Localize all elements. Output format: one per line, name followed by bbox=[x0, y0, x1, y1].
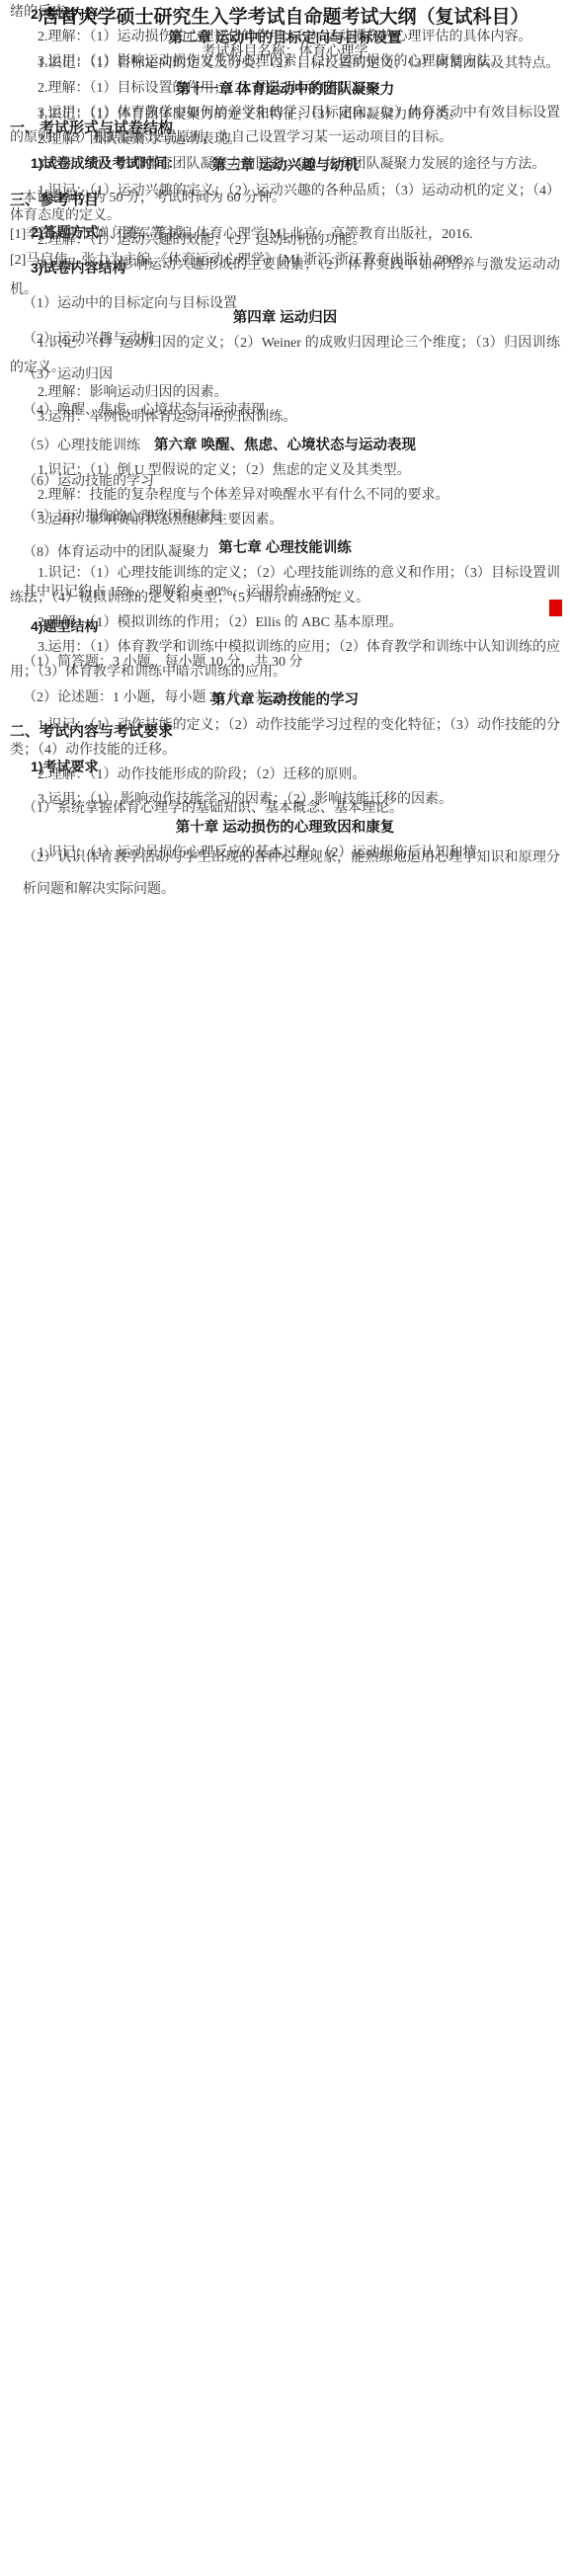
chapter-paragraph: 3.运用：（1）影响体育团队凝聚力的因素；（2）体育团队凝聚力发展的途径与方法。 bbox=[10, 152, 560, 177]
chapter-paragraph: 3.运用：（1） 影响动作技能学习的因素；（2）影响技能迁移的因素。 bbox=[10, 787, 560, 812]
chapter-paragraph: 3.运用：（1）影响运动损伤发生的心理因素；（2）运动损伤的心理康复方法。 bbox=[10, 49, 560, 74]
chapter-title: 第四章 运动归因 bbox=[10, 306, 560, 331]
red-marker bbox=[549, 600, 562, 616]
page3-chapters: 绪的反应。2.理解：（1）运动损伤的心理评估的作用；（2）运动损伤的心理评估的具… bbox=[10, 0, 560, 177]
reference-item: [2]马启伟、张力为主编.《体育运动心理学》[M].浙江:浙江教育出版社,200… bbox=[10, 248, 560, 274]
references-list: [1]季浏、殷恒婵、颜军等主编.体育心理学[M].北京：高等教育出版社，2016… bbox=[10, 222, 560, 274]
chapter-title: 第六章 唤醒、焦虑、心境状态与运动表现 bbox=[10, 434, 560, 458]
chapter-paragraph: 2.理解：技能的复杂程度与个体差异对唤醒水平有什么不同的要求。 bbox=[10, 483, 560, 508]
chapter-paragraph: 2.理解：团队凝聚力与运动表现。 bbox=[10, 127, 560, 152]
chapter-title: 第十一章 体育运动中的团队凝聚力 bbox=[10, 78, 560, 103]
chapter-paragraph: 2.理解：影响运动归因的因素。 bbox=[10, 380, 560, 405]
chapter-paragraph: 2.理解：（1）运动损伤的心理评估的作用；（2）运动损伤的心理评估的具体内容。 bbox=[10, 25, 560, 49]
chapter-title: 第十章 运动损伤的心理致因和康复 bbox=[10, 816, 560, 841]
chapter-paragraph: 3.运用：（1）体育教学和训练中模拟训练的应用；（2）体育教学和训练中认知训练的… bbox=[10, 635, 560, 684]
chapter-paragraph: 1.识记：（1）体育团体凝聚力的定义和特征；（3）团体凝聚力的分类。 bbox=[10, 103, 560, 127]
reference-item: [1]季浏、殷恒婵、颜军等主编.体育心理学[M].北京：高等教育出版社，2016… bbox=[10, 222, 560, 248]
chapter-paragraph: 2.理解：（1）模拟训练的作用；（2）Ellis 的 ABC 基本原理。 bbox=[10, 610, 560, 635]
chapter-title: 第八章 运动技能的学习 bbox=[10, 688, 560, 713]
document-page: { "colors": { "red_marker": "#e50000", "… bbox=[0, 0, 570, 2576]
chapter-paragraph: 1.识记：（1）动作技能的定义；（2）动作技能学习过程的变化特征；（3）动作技能… bbox=[10, 713, 560, 763]
chapter-paragraph: 3.运用：影响赛前状态焦虑的主要因素。 bbox=[10, 508, 560, 532]
chapter-paragraph: 1.识记：（1）运动员损伤心理反应的基本过程；（2）运动损伤后认知和情 bbox=[10, 841, 560, 865]
chapter-paragraph: 1.识记：（1）心理技能训练的定义；（2）心理技能训练的意义和作用；（3）目标设… bbox=[10, 561, 560, 610]
chapter-title: 第七章 心理技能训练 bbox=[10, 536, 560, 561]
chapter-carryover-line: 绪的反应。 bbox=[10, 0, 560, 25]
chapter-paragraph: 1.识记：（1）倒 U 型假说的定义；（2）焦虑的定义及其类型。 bbox=[10, 458, 560, 483]
chapter-paragraph: 2.理解：（1）动作技能形成的阶段；（2）迁移的原则。 bbox=[10, 763, 560, 787]
references-heading: 三、参考书目 bbox=[10, 191, 560, 210]
chapter-paragraph: 3.运用：举例说明体育运动中的归因训练。 bbox=[10, 405, 560, 430]
chapter-paragraph: 1.识记：（1）运动归因的定义；（2）Weiner 的成败归因理论三个维度；（3… bbox=[10, 331, 560, 380]
page-3: 绪的反应。2.理解：（1）运动损伤的心理评估的作用；（2）运动损伤的心理评估的具… bbox=[0, 0, 570, 274]
